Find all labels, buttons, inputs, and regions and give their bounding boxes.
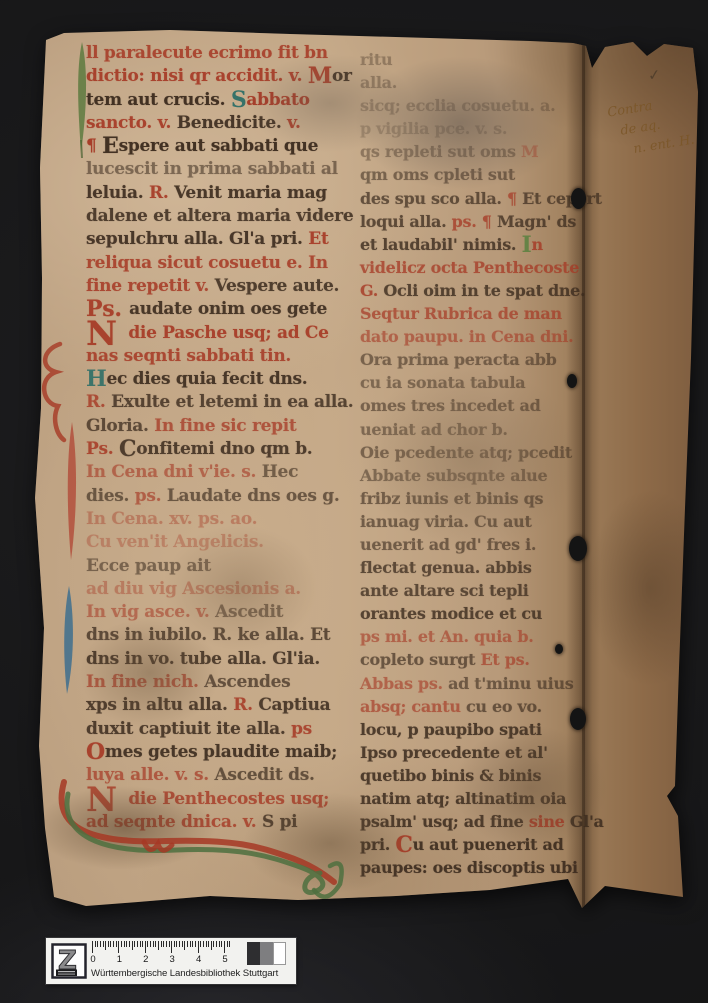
ruler-number: 1 bbox=[114, 954, 124, 965]
manuscript-line: tem aut crucis. Sabbato bbox=[86, 89, 358, 112]
text-segment: O bbox=[86, 739, 105, 765]
ruler-tick bbox=[163, 941, 164, 947]
ruler-tick bbox=[95, 941, 96, 947]
manuscript-line: cu ia sonata tabula bbox=[360, 371, 596, 394]
manuscript-line: lucescit in prima sabbati al bbox=[86, 158, 358, 181]
manuscript-line: nas seqnti sabbati tin. bbox=[86, 345, 358, 368]
ruler-number: 0 bbox=[88, 954, 98, 965]
manuscript-line: Oie pcedente atq; pcedit bbox=[360, 441, 596, 464]
ruler-tick bbox=[121, 941, 122, 947]
text-segment: ps mi. et An. quia b. bbox=[360, 627, 534, 646]
text-segment: Abbas ps. bbox=[360, 674, 448, 693]
sewing-hole bbox=[555, 644, 563, 654]
ruler-tick bbox=[176, 941, 177, 947]
ruler-tick bbox=[195, 941, 196, 947]
text-segment: ad diu vig Ascesionis a. bbox=[86, 579, 301, 599]
scale-bar: Z 012345 Württembergische Landesbiblioth… bbox=[46, 938, 296, 984]
text-segment: M bbox=[521, 142, 538, 161]
text-column-right: ritualla.sicq; ecclia cosuetu. a.p vigil… bbox=[360, 48, 596, 879]
ruler-tick bbox=[171, 941, 172, 953]
manuscript-line: N die Pasche usq; ad Ce bbox=[86, 322, 358, 345]
manuscript-line: In Cena. xv. ps. ao. bbox=[86, 508, 358, 531]
ruler-number: 4 bbox=[194, 954, 204, 965]
text-segment: duxit captiuit ite alla. bbox=[86, 719, 291, 739]
text-segment: Ora prima peracta abb bbox=[360, 350, 557, 369]
text-segment: S pi bbox=[262, 812, 297, 832]
text-segment: omes tres incedet ad bbox=[360, 396, 540, 415]
text-segment: H bbox=[86, 366, 107, 392]
text-segment: ¶ bbox=[86, 136, 102, 156]
text-segment: audate onim oes gete bbox=[129, 299, 327, 319]
manuscript-line: absq; cantu cu eo vo. bbox=[360, 695, 596, 718]
ruler-number: 3 bbox=[167, 954, 177, 965]
manuscript-line: locu, p paupibo spati bbox=[360, 718, 596, 741]
manuscript-line: sancto. v. Benedicite. v. bbox=[86, 112, 358, 135]
text-segment: onfitemi dno qm b. bbox=[136, 439, 312, 459]
ruler-tick bbox=[198, 941, 199, 953]
text-segment: mes getes plaudite maib; bbox=[105, 742, 337, 762]
manuscript-line: ll paralecute ecrimo fit bn bbox=[86, 42, 358, 65]
ruler-tick bbox=[150, 941, 151, 947]
text-segment: Ascedit ds. bbox=[215, 765, 315, 785]
manuscript-line: N die Penthecostes usq; bbox=[86, 788, 358, 811]
text-segment: M bbox=[308, 63, 332, 89]
manuscript-line: In fine nich. Ascendes bbox=[86, 671, 358, 694]
text-segment: ueniat ad chor b. bbox=[360, 420, 508, 439]
ruler-tick bbox=[200, 941, 201, 947]
text-segment: dictio: nisi qr accidit. v. bbox=[86, 66, 308, 86]
ruler-tick bbox=[108, 941, 109, 947]
calibration-patch bbox=[260, 942, 273, 965]
text-segment: loqui alla. bbox=[360, 212, 452, 231]
text-segment: lucescit in prima sabbati al bbox=[86, 159, 338, 179]
text-segment: In Cena dni v'ie. s. bbox=[86, 462, 262, 482]
text-segment: Vespere aute. bbox=[215, 276, 339, 296]
text-segment: absq; cantu bbox=[360, 697, 466, 716]
text-segment: Exulte et letemi in ea alla. bbox=[111, 392, 353, 412]
text-segment: Laudate dns oes g. bbox=[167, 486, 340, 506]
manuscript-line: R. Exulte et letemi in ea alla. bbox=[86, 391, 358, 414]
manuscript-line: qs repleti sut oms M bbox=[360, 140, 596, 163]
manuscript-line: Seqtur Rubrica de man bbox=[360, 302, 596, 325]
manuscript-line: loqui alla. ps. ¶ Magn' ds bbox=[360, 210, 596, 233]
ruler-tick bbox=[103, 941, 104, 947]
text-segment: uenerit ad gd' fres i. bbox=[360, 535, 536, 554]
ruler-tick bbox=[113, 941, 114, 947]
text-segment: xps in altu alla. bbox=[86, 695, 233, 715]
ruler-tick bbox=[132, 941, 133, 950]
manuscript-line: natim atq; altinatim oia bbox=[360, 787, 596, 810]
text-segment: Hec bbox=[262, 462, 298, 482]
text-segment: pri. bbox=[360, 835, 395, 854]
ruler-tick bbox=[158, 941, 159, 950]
sewing-hole bbox=[569, 536, 587, 561]
text-segment: Captiua bbox=[258, 695, 330, 715]
text-segment: R. bbox=[86, 392, 111, 412]
manuscript-line: ante altare sci tepli bbox=[360, 579, 596, 602]
ruler-tick bbox=[137, 941, 138, 947]
ruler-tick bbox=[161, 941, 162, 947]
text-segment: Gloria. bbox=[86, 416, 154, 436]
ruler-tick bbox=[208, 941, 209, 947]
manuscript-line: uenerit ad gd' fres i. bbox=[360, 533, 596, 556]
text-segment: cu ia sonata tabula bbox=[360, 373, 525, 392]
text-segment: abbato bbox=[246, 90, 309, 110]
text-segment: ps. bbox=[135, 486, 167, 506]
manuscript-line: Cu ven'it Angelicis. bbox=[86, 531, 358, 554]
text-segment: S bbox=[231, 87, 247, 113]
ruler-tick bbox=[129, 941, 130, 947]
ruler-tick bbox=[216, 941, 217, 947]
manuscript-line: videlicz octa Penthecoste bbox=[360, 256, 596, 279]
manuscript-line: pri. Cu aut puenerit ad bbox=[360, 833, 596, 856]
text-segment: spere aut sabbati que bbox=[119, 136, 318, 156]
text-segment: Ascendes bbox=[204, 672, 290, 692]
text-segment: Oie pcedente atq; pcedit bbox=[360, 443, 572, 462]
ruler-tick bbox=[190, 941, 191, 947]
text-segment: E bbox=[102, 133, 118, 159]
red-leaf-stroke bbox=[62, 420, 82, 565]
manuscript-line: fribz iunis et binis qs bbox=[360, 487, 596, 510]
ruler-tick bbox=[213, 941, 214, 947]
library-logo-icon: Z bbox=[51, 943, 87, 979]
ruler-tick bbox=[105, 941, 106, 950]
manuscript-line: duxit captiuit ite alla. ps bbox=[86, 718, 358, 741]
ruler-number: 5 bbox=[220, 954, 230, 965]
manuscript-line: dictio: nisi qr accidit. v. Mor bbox=[86, 65, 358, 88]
manuscript-line: dies. ps. Laudate dns oes g. bbox=[86, 485, 358, 508]
text-segment: Ecce paup ait bbox=[86, 556, 211, 576]
text-segment: Benedicite. bbox=[177, 113, 287, 133]
manuscript-line: Ora prima peracta abb bbox=[360, 348, 596, 371]
text-segment: p vigilia pce. v. s. bbox=[360, 119, 507, 138]
text-segment: Ps. bbox=[86, 439, 119, 459]
text-segment: v. bbox=[287, 113, 301, 133]
manuscript-line: Abbate subsqnte alue bbox=[360, 464, 596, 487]
ruler-tick bbox=[116, 941, 117, 947]
pencil-check-mark: ✓ bbox=[647, 65, 661, 84]
text-segment: sine bbox=[529, 812, 570, 831]
text-segment: tem aut crucis. bbox=[86, 90, 231, 110]
manuscript-line: ritu bbox=[360, 48, 596, 71]
text-segment: qs repleti sut oms bbox=[360, 142, 521, 161]
text-segment: R. bbox=[149, 183, 174, 203]
ruler-tick bbox=[140, 941, 141, 947]
text-segment: nas seqnti sabbati tin. bbox=[86, 346, 291, 366]
text-segment: ll paralecute ecrimo fit bn bbox=[86, 43, 328, 63]
manuscript-line: dato paupu. in Cena dni. bbox=[360, 325, 596, 348]
text-segment: ec dies quia fecit dns. bbox=[107, 369, 308, 389]
manuscript-line: alla. bbox=[360, 71, 596, 94]
manuscript-line: ianuag viria. Cu aut bbox=[360, 510, 596, 533]
manuscript-line: ueniat ad chor b. bbox=[360, 418, 596, 441]
text-segment: n bbox=[531, 235, 542, 254]
text-segment: sancto. v. bbox=[86, 113, 177, 133]
calibration-patch bbox=[273, 942, 286, 965]
ruler-tick bbox=[221, 941, 222, 947]
ruler-tick bbox=[92, 941, 93, 953]
text-segment: psalm' usq; ad fine bbox=[360, 812, 529, 831]
library-name: Württembergische Landesbibliothek Stuttg… bbox=[91, 968, 278, 979]
text-segment: dato paupu. in Cena dni. bbox=[360, 327, 573, 346]
manuscript-line: leluia. R. Venit maria mag bbox=[86, 182, 358, 205]
text-segment: Venit maria mag bbox=[174, 183, 327, 203]
text-segment: qm oms cpleti sut bbox=[360, 165, 515, 184]
text-segment: Magn' ds bbox=[497, 212, 576, 231]
text-segment: Abbate subsqnte alue bbox=[360, 466, 547, 485]
text-segment: Ascedit bbox=[215, 602, 283, 622]
text-segment: fine repetit v. bbox=[86, 276, 215, 296]
ruler-tick bbox=[224, 941, 225, 953]
manuscript-line: et laudabil' nimis. In bbox=[360, 233, 596, 256]
manuscript-line: paupes: oes discoptis ubi bbox=[360, 856, 596, 879]
red-paraph-ornament bbox=[34, 338, 70, 448]
manuscript-line: des spu sco alla. ¶ Et cepert bbox=[360, 187, 596, 210]
manuscript-line: Hec dies quia fecit dns. bbox=[86, 368, 358, 391]
sewing-hole bbox=[570, 708, 586, 730]
text-segment: ad t'minu uius bbox=[448, 674, 573, 693]
text-segment: alla. bbox=[360, 73, 397, 92]
manuscript-line: In vig asce. v. Ascedit bbox=[86, 601, 358, 624]
text-segment: sepulchru alla. Gl'a pri. bbox=[86, 229, 308, 249]
ruler-tick bbox=[182, 941, 183, 947]
ruler-tick bbox=[192, 941, 193, 947]
text-segment: u aut puenerit ad bbox=[413, 835, 564, 854]
text-segment: dns in vo. tube alla. Gl'ia. bbox=[86, 649, 320, 669]
text-segment: cu eo vo. bbox=[466, 697, 542, 716]
text-segment: G. bbox=[360, 281, 383, 300]
manuscript-line: sepulchru alla. Gl'a pri. Et bbox=[86, 228, 358, 251]
ruler-tick bbox=[187, 941, 188, 947]
manuscript-line: xps in altu alla. R. Captiua bbox=[86, 694, 358, 717]
ruler-tick bbox=[184, 941, 185, 950]
text-segment: ps bbox=[291, 719, 312, 739]
text-segment: Ipso precedente et al' bbox=[360, 743, 548, 762]
manuscript-line: G. Ocli oim in te spat dne. bbox=[360, 279, 596, 302]
text-segment: orantes modice et cu bbox=[360, 604, 542, 623]
parchment-leaf: ll paralecute ecrimo fit bndictio: nisi … bbox=[30, 28, 698, 908]
text-segment: ¶ bbox=[507, 189, 522, 208]
manuscript-leaf-wrapper: ll paralecute ecrimo fit bndictio: nisi … bbox=[30, 28, 698, 908]
manuscript-line: omes tres incedet ad bbox=[360, 394, 596, 417]
text-segment: videlicz octa Penthecoste bbox=[360, 258, 579, 277]
manuscript-line: fine repetit v. Vespere aute. bbox=[86, 275, 358, 298]
text-segment: Et cepert bbox=[522, 189, 602, 208]
ruler-ticks bbox=[92, 941, 234, 955]
text-segment: dies. bbox=[86, 486, 135, 506]
text-segment: Cu ven'it Angelicis. bbox=[86, 532, 264, 552]
text-segment: copleto surgt bbox=[360, 650, 481, 669]
ruler-tick bbox=[126, 941, 127, 947]
manuscript-line: Gloria. In fine sic repit bbox=[86, 415, 358, 438]
ruler-tick bbox=[174, 941, 175, 947]
ruler-tick bbox=[227, 941, 228, 947]
text-segment: R. bbox=[233, 695, 258, 715]
text-segment: In fine sic repit bbox=[154, 416, 296, 436]
sewing-hole bbox=[567, 374, 577, 388]
manuscript-line: Omes getes plaudite maib; bbox=[86, 741, 358, 764]
text-segment: ante altare sci tepli bbox=[360, 581, 529, 600]
text-segment: or bbox=[332, 66, 352, 86]
ruler-tick bbox=[142, 941, 143, 947]
margin-annotation: Contrade aq.n. ent. H. bbox=[606, 85, 708, 163]
text-segment: ps. ¶ bbox=[452, 212, 497, 231]
manuscript-line: In Cena dni v'ie. s. Hec bbox=[86, 461, 358, 484]
manuscript-line: Ecce paup ait bbox=[86, 555, 358, 578]
manuscript-line: Abbas ps. ad t'minu uius bbox=[360, 672, 596, 695]
text-segment: I bbox=[521, 232, 531, 258]
photo-canvas: { "manuscript": { "left_column": { "line… bbox=[0, 0, 708, 1003]
text-segment: locu, p paupibo spati bbox=[360, 720, 542, 739]
ruler-tick bbox=[219, 941, 220, 947]
manuscript-line: flectat genua. abbis bbox=[360, 556, 596, 579]
ruler-tick bbox=[118, 941, 119, 953]
ruler-tick bbox=[211, 941, 212, 950]
text-segment: ad seqnte dnica. v. bbox=[86, 812, 262, 832]
text-segment: ianuag viria. Cu aut bbox=[360, 512, 532, 531]
text-segment: flectat genua. abbis bbox=[360, 558, 532, 577]
ruler-number: 2 bbox=[141, 954, 151, 965]
text-segment: paupes: oes discoptis ubi bbox=[360, 858, 578, 877]
ruler-tick bbox=[169, 941, 170, 947]
text-segment: leluia. bbox=[86, 183, 149, 203]
color-calibration-patches bbox=[247, 942, 286, 965]
text-segment: fribz iunis et binis qs bbox=[360, 489, 543, 508]
manuscript-line: qm oms cpleti sut bbox=[360, 163, 596, 186]
text-segment: C bbox=[119, 436, 136, 462]
ruler-tick bbox=[97, 941, 98, 947]
manuscript-line: reliqua sicut cosuetu e. In bbox=[86, 252, 358, 275]
text-segment: Et ps. bbox=[481, 650, 530, 669]
sewing-hole bbox=[571, 188, 586, 209]
text-segment: In vig asce. v. bbox=[86, 602, 215, 622]
text-segment: In fine nich. bbox=[86, 672, 204, 692]
ruler-tick bbox=[145, 941, 146, 953]
manuscript-line: dns in iubilo. R. ke alla. Et bbox=[86, 624, 358, 647]
ruler-tick bbox=[134, 941, 135, 947]
text-segment: des spu sco alla. bbox=[360, 189, 507, 208]
manuscript-line: p vigilia pce. v. s. bbox=[360, 117, 596, 140]
ruler-tick bbox=[229, 941, 230, 947]
manuscript-line: dns in vo. tube alla. Gl'ia. bbox=[86, 648, 358, 671]
ruler-tick bbox=[147, 941, 148, 947]
manuscript-line: ad seqnte dnica. v. S pi bbox=[86, 811, 358, 834]
manuscript-line: dalene et altera maria videre bbox=[86, 205, 358, 228]
text-segment: natim atq; altinatim oia bbox=[360, 789, 566, 808]
ruler-tick bbox=[166, 941, 167, 947]
manuscript-line: ad diu vig Ascesionis a. bbox=[86, 578, 358, 601]
text-segment: sicq; ecclia cosuetu. a. bbox=[360, 96, 555, 115]
manuscript-line: orantes modice et cu bbox=[360, 602, 596, 625]
text-segment: die Penthecostes usq; bbox=[128, 789, 329, 809]
calibration-patch bbox=[247, 942, 260, 965]
ruler-tick bbox=[153, 941, 154, 947]
manuscript-line: psalm' usq; ad fine sine Gl'a bbox=[360, 810, 596, 833]
text-segment: Gl'a bbox=[570, 812, 604, 831]
text-segment: dns in iubilo. R. ke alla. Et bbox=[86, 625, 330, 645]
ruler-tick bbox=[110, 941, 111, 947]
text-segment: In Cena. xv. ps. ao. bbox=[86, 509, 257, 529]
ruler-tick bbox=[155, 941, 156, 947]
ruler-tick bbox=[203, 941, 204, 947]
text-segment: reliqua sicut cosuetu e. In bbox=[86, 253, 328, 273]
text-column-left: ll paralecute ecrimo fit bndictio: nisi … bbox=[86, 42, 358, 834]
text-segment: dalene et altera maria videre bbox=[86, 206, 353, 226]
ruler-tick bbox=[100, 941, 101, 947]
text-segment: et laudabil' nimis. bbox=[360, 235, 521, 254]
text-segment: quetibo binis & binis bbox=[360, 766, 541, 785]
ruler-tick bbox=[179, 941, 180, 947]
ruler-tick bbox=[206, 941, 207, 947]
text-segment: C bbox=[395, 832, 412, 858]
manuscript-line: ¶ Espere aut sabbati que bbox=[86, 135, 358, 158]
manuscript-line: quetibo binis & binis bbox=[360, 764, 596, 787]
text-segment: Ocli oim in te spat dne. bbox=[383, 281, 585, 300]
manuscript-line: sicq; ecclia cosuetu. a. bbox=[360, 94, 596, 117]
text-segment: Seqtur Rubrica de man bbox=[360, 304, 562, 323]
text-segment: die Pasche usq; ad Ce bbox=[128, 323, 328, 343]
blue-initial-stroke bbox=[58, 584, 78, 699]
manuscript-line: Ipso precedente et al' bbox=[360, 741, 596, 764]
ruler-tick bbox=[124, 941, 125, 947]
manuscript-line: Ps. Confitemi dno qm b. bbox=[86, 438, 358, 461]
text-segment: ritu bbox=[360, 50, 392, 69]
text-segment: Et bbox=[308, 229, 328, 249]
